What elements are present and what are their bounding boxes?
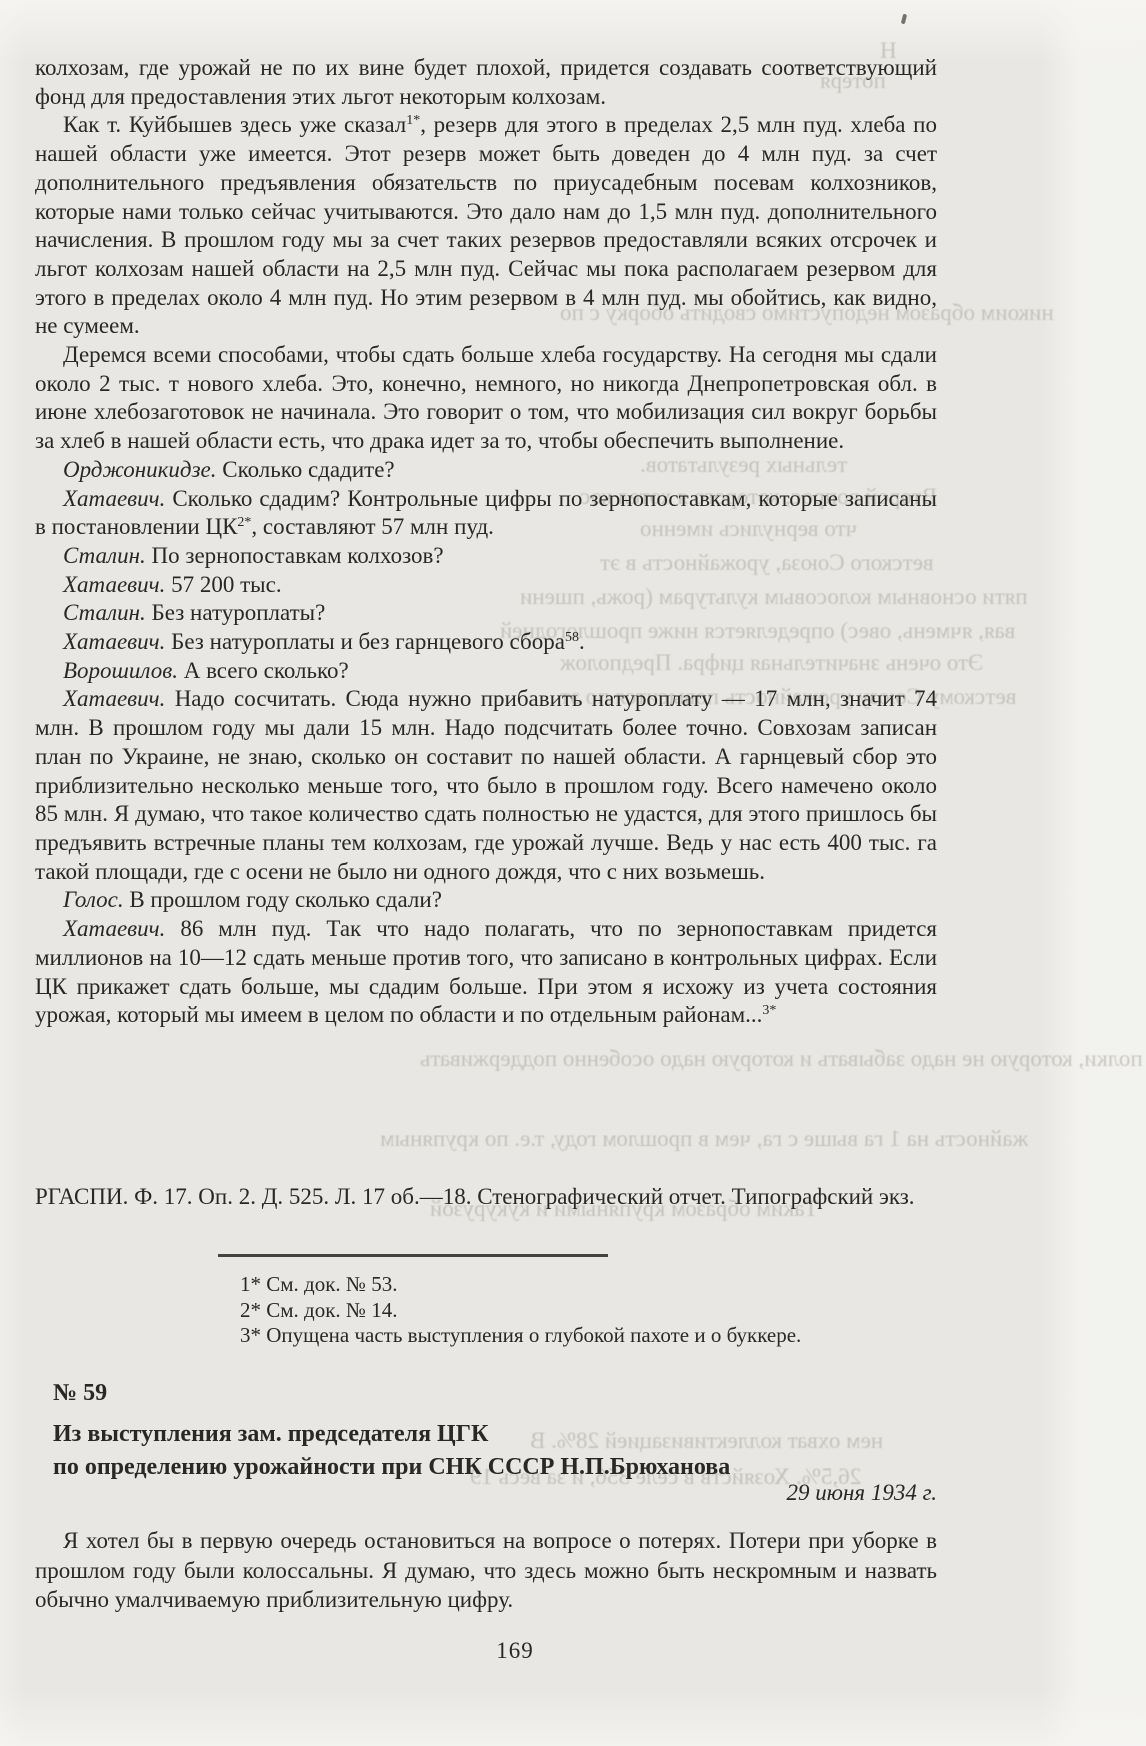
footnote-marker: 1* <box>406 113 420 128</box>
footnote-rule <box>218 1254 608 1257</box>
dialogue-line: Голос. В прошлом году сколько сдали? <box>35 886 937 915</box>
footnote-marker: 2* <box>240 1298 261 1322</box>
book-page: Н потеря никоим образом недопустимо свод… <box>0 0 1146 1746</box>
dialogue-line: Хатаевич. 86 млн пуд. Так что надо полаг… <box>35 915 937 1030</box>
speaker-name: Хатаевич. <box>63 916 165 941</box>
ink-speck <box>901 14 907 25</box>
footnote: 3* Опущена часть выступления о глубокой … <box>240 1323 940 1349</box>
dialogue-text: Без натуроплаты и без гарнцевого сбора <box>165 629 565 654</box>
paragraph-text: , резерв для этого в пределах 2,5 млн пу… <box>35 112 937 338</box>
body-text: колхозам, где урожай не по их вине будет… <box>35 54 937 1030</box>
doc-number: № 59 <box>53 1380 107 1407</box>
footnote-marker: 58 <box>565 630 579 645</box>
paragraph: Как т. Куйбышев здесь уже сказал1*, резе… <box>35 111 937 341</box>
paragraph: Деремся всеми способами, чтобы сдать бол… <box>35 341 937 456</box>
bleedthrough-text: полки, которую не надо забывать и котору… <box>420 1046 1143 1072</box>
footnote-text: См. док. № 53. <box>261 1272 397 1296</box>
dialogue-text: Надо сосчитать. Сюда нужно прибавить нат… <box>35 686 937 883</box>
dialogue-line: Хатаевич. Без натуроплаты и без гарнцево… <box>35 628 937 657</box>
paragraph-text: Как т. Куйбышев здесь уже сказал <box>63 112 406 137</box>
footnotes: 1* См. док. № 53. 2* См. док. № 14. 3* О… <box>240 1272 940 1349</box>
paragraph: колхозам, где урожай не по их вине будет… <box>35 54 937 111</box>
footnote-marker: 3* <box>240 1323 261 1347</box>
dialogue-text: В прошлом году сколько сдали? <box>124 887 442 912</box>
footnote: 1* См. док. № 53. <box>240 1272 940 1298</box>
footnote-marker: 1* <box>240 1272 261 1296</box>
dialogue-line: Сталин. Без натуроплаты? <box>35 599 937 628</box>
dialogue-line: Сталин. По зернопоставкам колхозов? <box>35 542 937 571</box>
speaker-name: Ворошилов. <box>63 658 178 683</box>
dialogue-text: 86 млн пуд. Так что надо полагать, что п… <box>35 916 937 1027</box>
dialogue-line: Хатаевич. Надо сосчитать. Сюда нужно при… <box>35 685 937 886</box>
bleedthrough-text: жайность на 1 га выше с га, чем в прошло… <box>380 1126 1028 1152</box>
speaker-name: Хатаевич. <box>63 629 165 654</box>
dialogue-line: Хатаевич. 57 200 тыс. <box>35 571 937 600</box>
paragraph: Я хотел бы в первую очередь остановиться… <box>35 1526 937 1615</box>
doc-date: 29 июня 1934 г. <box>35 1480 937 1506</box>
doc-title: по определению урожайности при СНК СССР … <box>53 1451 937 1483</box>
dialogue-text: 57 200 тыс. <box>165 572 281 597</box>
dialogue-text: Сколько сдадите? <box>217 457 395 482</box>
speaker-name: Сталин. <box>63 600 146 625</box>
speaker-name: Хатаевич. <box>63 486 165 511</box>
dialogue-text: По зернопоставкам колхозов? <box>146 543 444 568</box>
speaker-name: Голос. <box>63 887 124 912</box>
doc-title: Из выступления зам. председателя ЦГК <box>53 1418 937 1450</box>
dialogue-line: Хатаевич. Сколько сдадим? Контрольные ци… <box>35 485 937 542</box>
footnote-marker: 3* <box>762 1003 776 1018</box>
dialogue-line: Орджоникидзе. Сколько сдадите? <box>35 456 937 485</box>
dialogue-text: Без натуроплаты? <box>146 600 326 625</box>
footnote-marker: 2* <box>237 515 251 530</box>
speaker-name: Орджоникидзе. <box>63 457 217 482</box>
page-number: 169 <box>0 1638 1030 1664</box>
dialogue-line: Ворошилов. А всего сколько? <box>35 657 937 686</box>
dialogue-text: . <box>579 629 585 654</box>
dialogue-text: А всего сколько? <box>178 658 349 683</box>
speaker-name: Хатаевич. <box>63 572 165 597</box>
archive-reference: РГАСПИ. Ф. 17. Оп. 2. Д. 525. Л. 17 об.—… <box>35 1181 937 1212</box>
footnote-text: Опущена часть выступления о глубокой пах… <box>261 1323 801 1347</box>
speaker-name: Сталин. <box>63 543 146 568</box>
footnote-text: См. док. № 14. <box>261 1298 397 1322</box>
footnote: 2* См. док. № 14. <box>240 1298 940 1324</box>
speaker-name: Хатаевич. <box>63 686 165 711</box>
dialogue-text: , составляют 57 млн пуд. <box>251 514 493 539</box>
